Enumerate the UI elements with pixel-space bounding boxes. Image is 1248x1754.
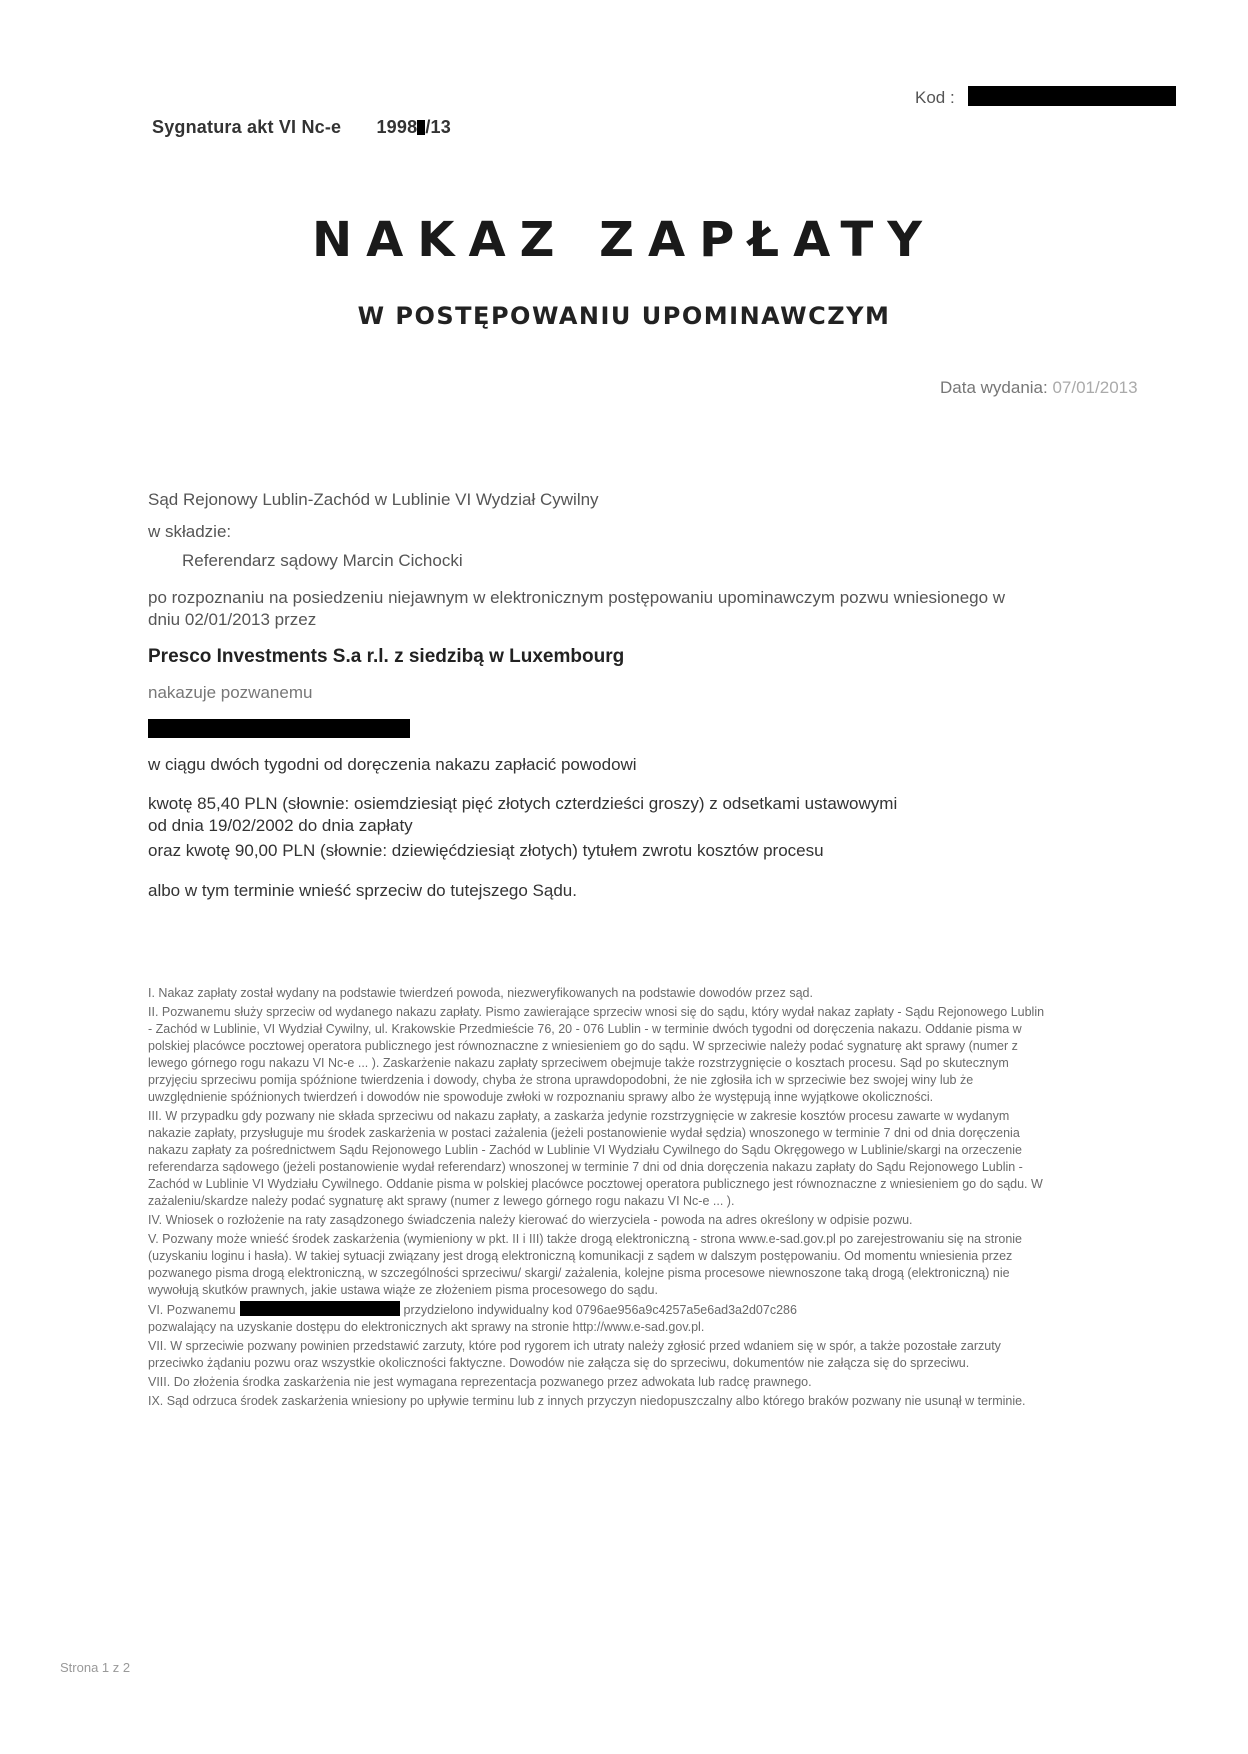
instruction-4: IV. Wniosek o rozłożenie na raty zasądzo… [148,1212,1048,1229]
alternative-objection: albo w tym terminie wnieść sprzeciw do t… [148,881,577,901]
instruction-6: VI. Pozwanemuprzydzielono indywidualny k… [148,1301,1048,1336]
composition-label: w składzie: [148,522,231,542]
page-number: Strona 1 z 2 [60,1660,130,1675]
instructions: I. Nakaz zapłaty został wydany na podsta… [148,985,1048,1412]
procedure-line-1: po rozpoznaniu na posiedzeniu niejawnym … [148,587,1158,609]
issue-date-label: Data wydania: [940,378,1048,397]
orders-defendant: nakazuje pozwanemu [148,683,312,703]
judge-name: Referendarz sądowy Marcin Cichocki [182,551,463,571]
document-title: NAKAZ ZAPŁATY [0,212,1248,268]
instruction-6-code: przydzielono indywidualny kod 0796ae956a… [404,1303,797,1317]
document-subtitle: W POSTĘPOWANIU UPOMINAWCZYM [0,302,1248,330]
redacted-code [968,86,1176,106]
case-number: 1998/13 [376,117,450,137]
redacted-defendant-inline [240,1301,400,1316]
instruction-2: II. Pozwanemu służy sprzeciw od wydanego… [148,1004,1048,1106]
case-signature-label: Sygnatura akt VI Nc-e [152,117,341,137]
instruction-7: VII. W sprzeciwie pozwany powinien przed… [148,1338,1048,1372]
court-name: Sąd Rejonowy Lublin-Zachód w Lublinie VI… [148,490,599,510]
redacted-defendant [148,719,410,738]
case-number-prefix: 1998 [376,117,417,137]
costs-line: oraz kwotę 90,00 PLN (słownie: dziewięćd… [148,841,824,861]
amount-line-2: od dnia 19/02/2002 do dnia zapłaty [148,815,1108,837]
instruction-6-prefix: VI. Pozwanemu [148,1303,236,1317]
amount-block: kwotę 85,40 PLN (słownie: osiemdziesiąt … [148,793,1108,837]
procedure-line-2: dniu 02/01/2013 przez [148,609,1158,631]
instruction-5: V. Pozwany może wnieść środek zaskarżeni… [148,1231,1048,1299]
issue-date-value: 07/01/2013 [1052,378,1137,397]
instruction-9: IX. Sąd odrzuca środek zaskarżenia wnies… [148,1393,1048,1410]
case-signature: Sygnatura akt VI Nc-e 1998/13 [152,117,451,138]
code-label: Kod : [915,88,955,108]
case-number-suffix: /13 [425,117,451,137]
instruction-6-cont: pozwalający na uzyskanie dostępu do elek… [148,1320,704,1334]
issue-date: Data wydania: 07/01/2013 [940,378,1138,398]
payment-deadline: w ciągu dwóch tygodni od doręczenia naka… [148,755,637,775]
creditor-name: Presco Investments S.a r.l. z siedzibą w… [148,646,624,668]
instruction-8: VIII. Do złożenia środka zaskarżenia nie… [148,1374,1048,1391]
instruction-3: III. W przypadku gdy pozwany nie składa … [148,1108,1048,1210]
procedure-text: po rozpoznaniu na posiedzeniu niejawnym … [148,587,1158,631]
instruction-1: I. Nakaz zapłaty został wydany na podsta… [148,985,1048,1002]
amount-line-1: kwotę 85,40 PLN (słownie: osiemdziesiąt … [148,793,1108,815]
